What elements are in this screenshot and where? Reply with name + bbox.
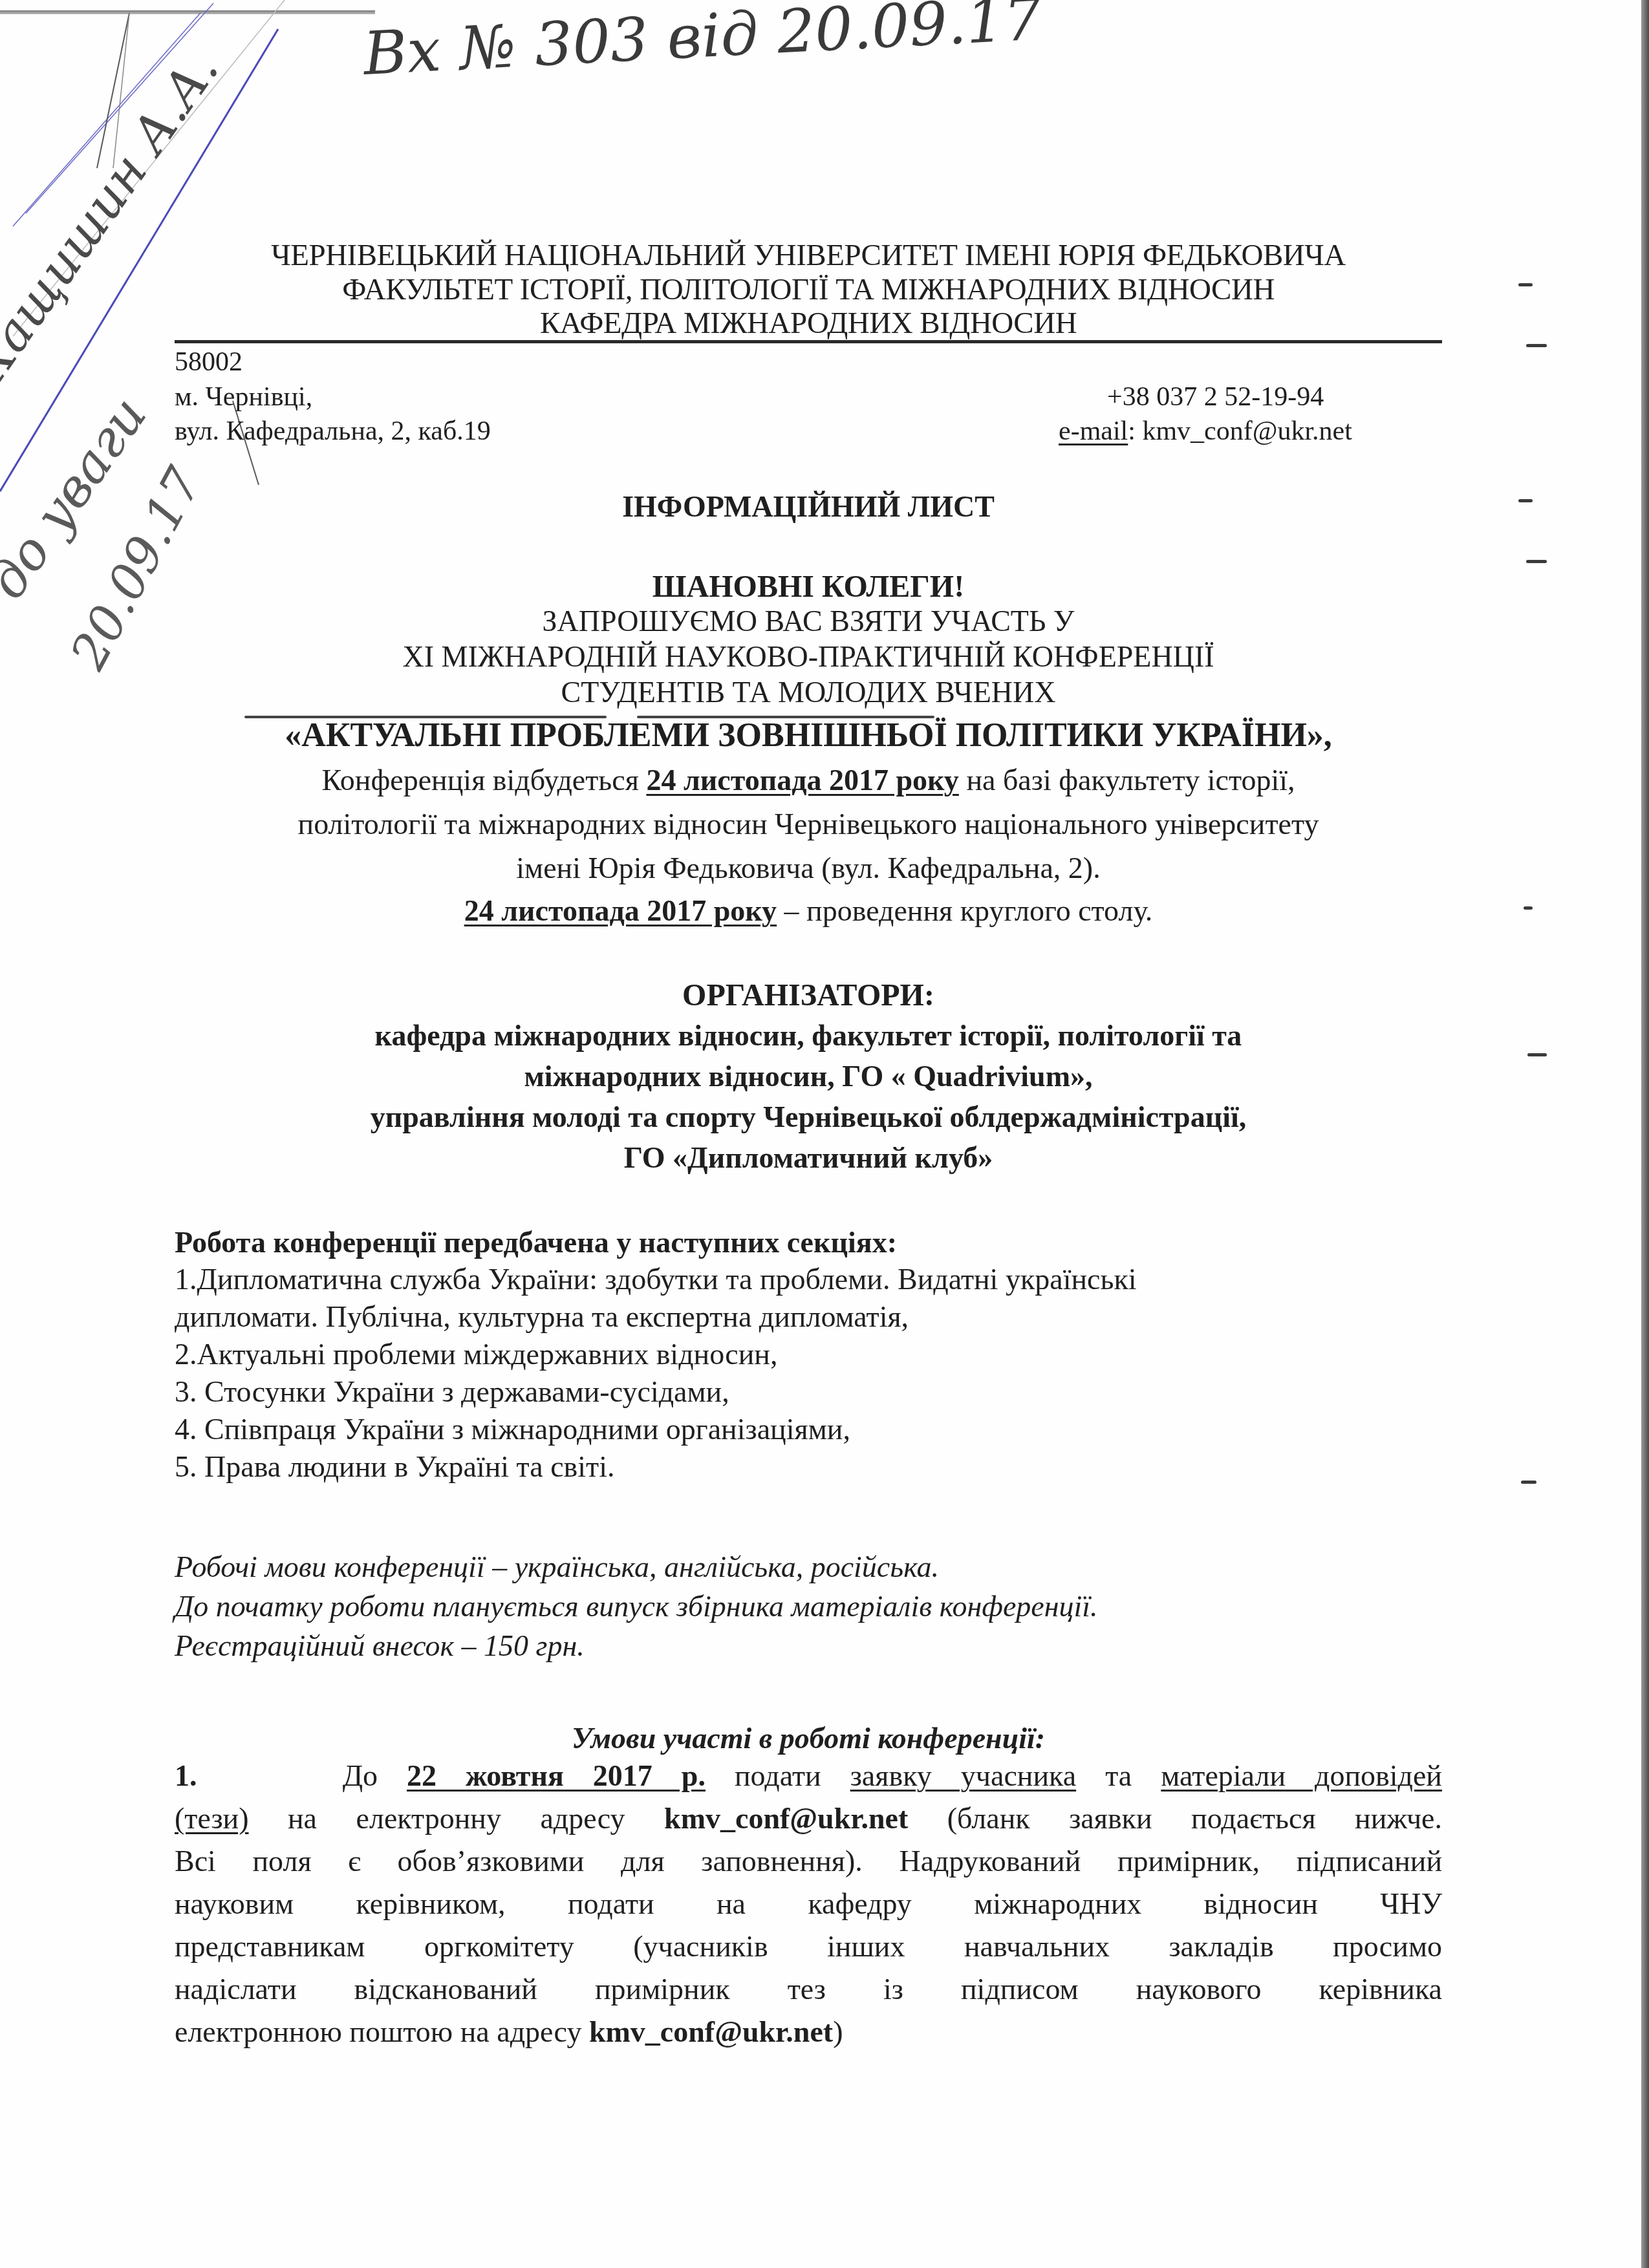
margin-mark — [1527, 1053, 1547, 1056]
venue-prefix: Конференція відбудеться — [321, 764, 646, 797]
roundtable-date: 24 листопада 2017 року — [464, 894, 777, 927]
venue-line-1: Конференція відбудеться 24 листопада 201… — [175, 762, 1442, 799]
sections-heading: Робота конференції передбачена у наступн… — [175, 1224, 1442, 1261]
text: на електронну адресу — [249, 1802, 665, 1835]
margin-mark — [1518, 283, 1533, 286]
margin-mark — [1518, 499, 1533, 502]
submission-email[interactable]: kmv_conf@ukr.net — [664, 1802, 908, 1835]
working-languages: Робочі мови конференції – українська, ан… — [175, 1548, 1442, 1586]
condition-1-line-4: науковим керівником, подати на кафедру м… — [175, 1885, 1442, 1923]
roundtable-line: 24 листопада 2017 року – проведення круг… — [175, 892, 1442, 930]
section-item: дипломати. Публічна, культурна та експер… — [175, 1298, 1442, 1336]
invite-line-2: ХІ МІЖНАРОДНІЙ НАУКОВО-ПРАКТИЧНІЙ КОНФЕР… — [175, 638, 1442, 676]
invite-line-1: ЗАПРОШУЄМО ВАС ВЗЯТИ УЧАСТЬ У — [175, 603, 1442, 640]
postcode: 58002 — [175, 345, 242, 380]
phone-number: +38 037 2 52-19-94 — [1107, 380, 1324, 414]
condition-1-line-2: (тези) на електронну адресу kmv_conf@ukr… — [175, 1800, 1442, 1837]
text: До — [343, 1759, 407, 1792]
conference-title: «АКТУАЛЬНІ ПРОБЛЕМИ ЗОВНІШНЬОЇ ПОЛІТИКИ … — [175, 714, 1442, 757]
email-line: e-mail: kmv_conf@ukr.net — [1059, 414, 1352, 449]
section-item: 3. Стосунки України з державами-сусідами… — [175, 1373, 1442, 1411]
street-address: вул. Кафедральна, 2, каб.19 — [175, 414, 491, 449]
greeting: ШАНОВНІ КОЛЕГИ! — [175, 568, 1442, 606]
condition-1-line-1: 1. До 22 жовтня 2017 р. подати заявку уч… — [175, 1757, 1442, 1795]
email-address[interactable]: : kmv_conf@ukr.net — [1128, 416, 1352, 446]
email-label: e-mail — [1059, 416, 1128, 446]
registration-fee: Реєстраційний внесок – 150 грн. — [175, 1627, 1442, 1665]
text: та — [1076, 1759, 1161, 1792]
abstracts-text: (тези) — [175, 1802, 249, 1835]
condition-1-line-5: представникам оргкомітету (учасників інш… — [175, 1928, 1442, 1965]
text: (бланк заявки подається нижче. — [908, 1802, 1442, 1835]
condition-1-line-3: Всі поля є обов’язковими для заповнення)… — [175, 1843, 1442, 1880]
scan-edge-shadow — [1641, 0, 1649, 2268]
submission-deadline: 22 жовтня 2017 р. — [407, 1759, 706, 1792]
venue-line-3: імені Юрія Федьковича (вул. Кафедральна,… — [175, 850, 1442, 887]
section-item: 2.Актуальні проблеми міждержавних віднос… — [175, 1336, 1442, 1373]
organizer-line: ГО «Дипломатичний клуб» — [175, 1139, 1442, 1177]
venue-suffix: на базі факультету історії, — [959, 764, 1295, 797]
condition-1-line-7: електронною поштою на адресу kmv_conf@uk… — [175, 2013, 1442, 2051]
document-title: ІНФОРМАЦІЙНИЙ ЛИСТ — [175, 488, 1442, 526]
letterhead-divider — [175, 340, 1442, 343]
submission-email[interactable]: kmv_conf@ukr.net — [589, 2015, 833, 2048]
organizer-line: управління молоді та спорту Чернівецької… — [175, 1098, 1442, 1136]
margin-mark — [1526, 344, 1547, 347]
condition-number: 1. — [175, 1759, 197, 1792]
materials-text: матеріали доповідей — [1161, 1759, 1442, 1792]
roundtable-text: – проведення круглого столу. — [777, 894, 1152, 927]
section-item: 5. Права людини в Україні та світі. — [175, 1448, 1442, 1486]
section-item: 1.Дипломатична служба України: здобутки … — [175, 1261, 1442, 1298]
registration-stamp: Вх № 303 від 20.09.17 — [361, 0, 1043, 89]
venue-line-2: політології та міжнародних відносин Черн… — [175, 806, 1442, 843]
text: ) — [833, 2015, 843, 2048]
city: м. Чернівці, — [175, 380, 312, 414]
organizer-line: кафедра міжнародних відносин, факультет … — [175, 1017, 1442, 1054]
proceedings-note: До початку роботи планується випуск збір… — [175, 1588, 1442, 1625]
department-name: КАФЕДРА МІЖНАРОДНИХ ВІДНОСИН — [175, 304, 1442, 343]
organizers-heading: ОРГАНІЗАТОРИ: — [175, 976, 1442, 1015]
conference-date: 24 листопада 2017 року — [646, 764, 958, 797]
invite-line-3: СТУДЕНТІВ ТА МОЛОДИХ ВЧЕНИХ — [175, 674, 1442, 711]
section-item: 4. Співпраця України з міжнародними орга… — [175, 1411, 1442, 1448]
text: електронною поштою на адресу — [175, 2015, 589, 2048]
text: подати — [706, 1759, 850, 1792]
faculty-name: ФАКУЛЬТЕТ ІСТОРІЇ, ПОЛІТОЛОГІЇ ТА МІЖНАР… — [175, 270, 1442, 309]
scan-top-edge — [0, 10, 375, 14]
margin-mark — [1524, 906, 1533, 910]
conditions-heading: Умови участі в роботі конференції: — [175, 1720, 1442, 1757]
margin-mark — [1521, 1481, 1536, 1484]
application-form-text: заявку учасника — [850, 1759, 1076, 1792]
university-name: ЧЕРНІВЕЦЬКИЙ НАЦІОНАЛЬНИЙ УНІВЕРСИТЕТ ІМ… — [175, 236, 1442, 275]
organizer-line: міжнародних відносин, ГО « Quadrivium», — [175, 1058, 1442, 1095]
margin-mark — [1526, 560, 1547, 563]
condition-1-line-6: надіслати відсканований примірник тез із… — [175, 1971, 1442, 2008]
